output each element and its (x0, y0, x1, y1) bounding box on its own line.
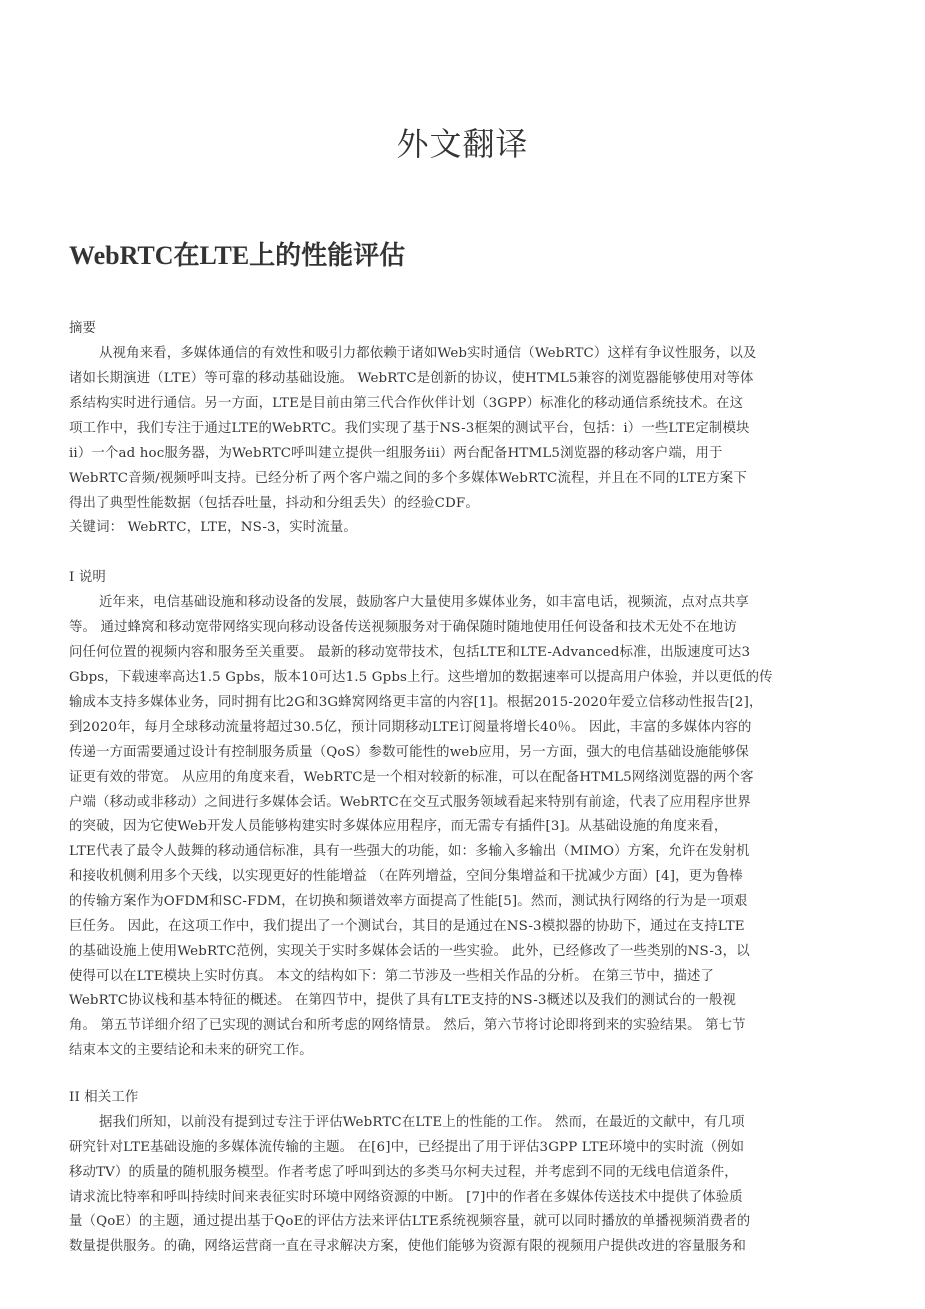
body-line: 的基础设施上使用WebRTC范例，实现关于实时多媒体会话的一些实验。 此外，已经… (69, 942, 750, 962)
body-line: 角。 第五节详细介绍了已实现的测试台和所考虑的网络情景。 然后，第六节将讨论即将… (69, 1016, 746, 1036)
body-line: 的突破，因为它使Web开发人员能够构建实时多媒体应用程序，而无需专有插件[3]。… (69, 817, 727, 837)
body-line: 结束本文的主要结论和未来的研究工作。 (69, 1041, 313, 1061)
keywords: 关键词： WebRTC，LTE，NS-3，实时流量。 (69, 518, 357, 538)
document-title: 外文翻译 (0, 122, 925, 166)
body-line: 传递一方面需要通过设计有控制服务质量（QoS）参数可能性的web应用，另一方面，… (69, 743, 749, 763)
body-line: 到2020年，每月全球移动流量将超过30.5亿，预计同期移动LTE订阅量将增长4… (69, 718, 752, 738)
abstract-line: WebRTC音频/视频呼叫支持。已经分析了两个客户端之间的多个多媒体WebRTC… (69, 469, 747, 489)
body-line: 近年来，电信基础设施和移动设备的发展，鼓励客户大量使用多媒体业务，如丰富电话，视… (99, 593, 749, 613)
body-line: LTE代表了最令人鼓舞的移动通信标准，具有一些强大的功能，如：多输入多输出（MI… (69, 842, 750, 862)
body-line: 证更有效的带宽。 从应用的角度来看，WebRTC是一个相对较新的标准，可以在配备… (69, 768, 754, 788)
body-line: 数量提供服务。的确，网络运营商一直在寻求解决方案，使他们能够为资源有限的视频用户… (69, 1237, 746, 1257)
abstract-line: 得出了典型性能数据（包括吞吐量，抖动和分组丢失）的经验CDF。 (69, 494, 479, 514)
abstract-line: 系结构实时进行通信。另一方面，LTE是目前由第三代合作伙伴计划（3GPP）标准化… (69, 394, 743, 414)
document-page: 外文翻译 WebRTC在LTE上的性能评估 摘要 从视角来看，多媒体通信的有效性… (0, 0, 925, 1309)
abstract-heading: 摘要 (69, 319, 96, 339)
body-line: 量（QoE）的主题，通过提出基于QoE的评估方法来评估LTE系统视频容量，就可以… (69, 1212, 750, 1232)
body-line: 等。 通过蜂窝和移动宽带网络实现向移动设备传送视频服务对于确保随时随地使用任何设… (69, 618, 737, 638)
body-line: 输成本支持多媒体业务，同时拥有比2G和3G蜂窝网络更丰富的内容[1]。根据201… (69, 693, 763, 713)
abstract-line: 从视角来看，多媒体通信的有效性和吸引力都依赖于诸如Web实时通信（WebRTC）… (99, 344, 756, 364)
body-line: 请求流比特率和呼叫持续时间来表征实时环境中网络资源的中断。 [7]中的作者在多媒… (69, 1188, 743, 1208)
abstract-line: 项工作中，我们专注于通过LTE的WebRTC。我们实现了基于NS-3框架的测试平… (69, 419, 750, 439)
section-heading: I 说明 (69, 568, 106, 588)
abstract-line: ii）一个ad hoc服务器，为WebRTC呼叫建立提供一组服务iii）两台配备… (69, 444, 723, 464)
body-line: 户端（移动或非移动）之间进行多媒体会话。WebRTC在交互式服务领域看起来特别有… (69, 793, 751, 813)
body-line: 问任何位置的视频内容和服务至关重要。 最新的移动宽带技术，包括LTE和LTE-A… (69, 643, 750, 663)
body-line: 研究针对LTE基础设施的多媒体流传输的主题。 在[6]中，已经提出了用于评估3G… (69, 1138, 744, 1158)
abstract-line: 诸如长期演进（LTE）等可靠的移动基础设施。 WebRTC是创新的协议，使HTM… (69, 369, 754, 389)
section-heading: II 相关工作 (69, 1088, 138, 1108)
paper-title: WebRTC在LTE上的性能评估 (69, 238, 405, 274)
body-line: 据我们所知，以前没有提到过专注于评估WebRTC在LTE上的性能的工作。 然而，… (99, 1113, 745, 1133)
body-line: 巨任务。 因此，在这项工作中，我们提出了一个测试台，其目的是通过在NS-3模拟器… (69, 917, 745, 937)
body-line: 的传输方案作为OFDM和SC-FDM，在切换和频谱效率方面提高了性能[5]。然而… (69, 892, 747, 912)
body-line: Gbps，下载速率高达1.5 Gpbs，版本10可达1.5 Gpbs上行。这些增… (69, 668, 773, 688)
body-line: 使得可以在LTE模块上实时仿真。 本文的结构如下：第二节涉及一些相关作品的分析。… (69, 967, 714, 987)
body-line: WebRTC协议栈和基本特征的概述。 在第四节中，提供了具有LTE支持的NS-3… (69, 991, 736, 1011)
body-line: 和接收机侧利用多个天线，以实现更好的性能增益 （在阵列增益，空间分集增益和干扰减… (69, 867, 743, 887)
body-line: 移动TV）的质量的随机服务模型。作者考虑了呼叫到达的多类马尔柯夫过程，并考虑到不… (69, 1163, 738, 1183)
